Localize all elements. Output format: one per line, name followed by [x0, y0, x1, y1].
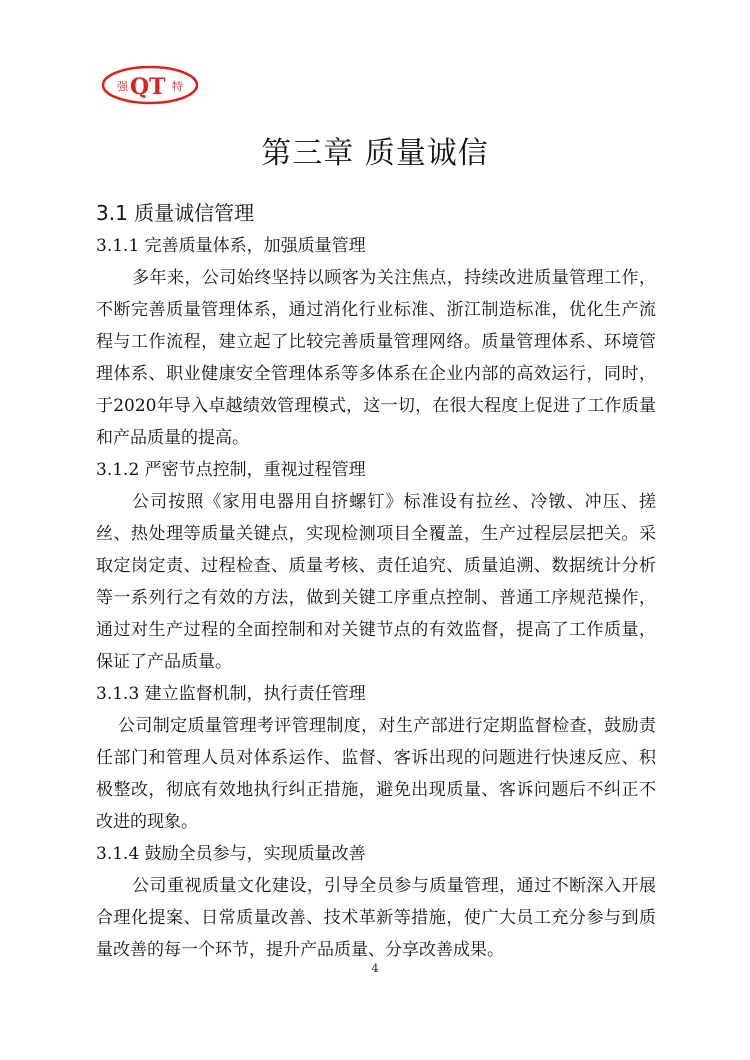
subsection-heading: 3.1.3 建立监督机制，执行责任管理 [96, 678, 656, 710]
subsection-heading: 3.1.4 鼓励全员参与，实现质量改善 [96, 838, 656, 870]
section-heading: 3.1 质量诚信管理 [96, 196, 656, 230]
subsection-heading: 3.1.1 完善质量体系，加强质量管理 [96, 230, 656, 262]
paragraph: 公司按照《家用电器用自挤螺钉》标准设有拉丝、冷镦、冲压、搓丝、热处理等质量关键点… [96, 486, 656, 678]
paragraph: 公司制定质量管理考评管理制度，对生产部进行定期监督检查，鼓励责任部门和管理人员对… [96, 710, 656, 838]
paragraph: 公司重视质量文化建设，引导全员参与质量管理，通过不断深入开展合理化提案、日常质量… [96, 870, 656, 966]
company-logo: 强 QT 特 [100, 64, 200, 106]
qt-logo-icon: 强 QT 特 [100, 64, 200, 106]
paragraph: 多年来，公司始终坚持以顾客为关注焦点，持续改进质量管理工作，不断完善质量管理体系… [96, 262, 656, 454]
subsection-heading: 3.1.2 严密节点控制，重视过程管理 [96, 454, 656, 486]
chapter-title: 第三章 质量诚信 [0, 128, 750, 172]
svg-text:强: 强 [117, 80, 129, 93]
document-body: 3.1 质量诚信管理 3.1.1 完善质量体系，加强质量管理 多年来，公司始终坚… [96, 196, 656, 966]
page-number: 4 [0, 962, 750, 975]
svg-text:QT: QT [130, 74, 166, 100]
svg-text:特: 特 [172, 79, 183, 93]
